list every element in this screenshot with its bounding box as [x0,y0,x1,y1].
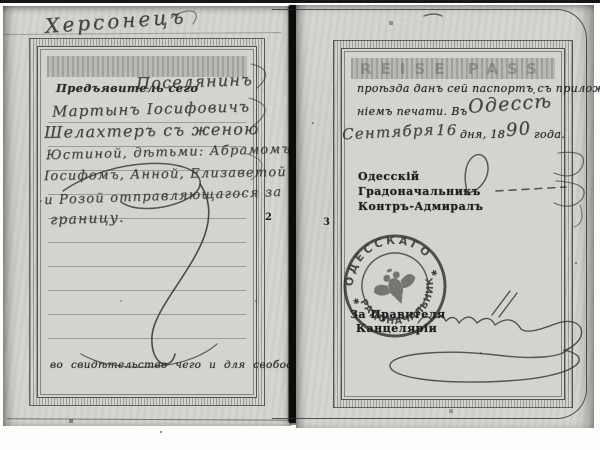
watermark-text: REISE PASS [351,60,555,78]
scan-top-edge [0,0,600,3]
scan-noise-specks [0,0,2,2]
handwritten-line: Іосифомъ, Анной, Елизаветой [44,165,287,184]
handwritten-city: Одессѣ [467,90,552,118]
passport-scan: Херсонецъ Предъявитель сего Поселянинъ М… [0,0,600,450]
official-title-line: Градоначальникъ [358,184,481,199]
printed-date-mid: дня, 18 [460,128,505,141]
eagle-emblem-icon [368,262,422,312]
handwritten-day: 16 [436,121,458,139]
page-number-left: 2 [265,212,272,223]
handwritten-month: Сентября [342,121,436,144]
passport-page-right: REISE PASS проѣзда данъ сей паспортъ съ … [296,5,594,428]
handwritten-line: границу. [50,210,125,229]
printed-line-2: ніемъ печати. Въ [357,105,468,118]
watermark-band: REISE PASS [351,58,555,79]
printed-line-1: проѣзда данъ сей паспортъ съ приложе- [357,82,600,95]
official-title-line: Контръ-Адмиралъ [358,199,483,214]
ornamental-frame-left: Предъявитель сего Поселянинъ Мартынъ Іос… [29,38,265,406]
handwritten-bearer-status: Поселянинъ [136,70,253,93]
official-title-line: Одесскій [358,169,420,184]
printed-footer-line: во свидѣтельство чего и для свободнаго [50,359,320,371]
handwritten-year: 90 [505,118,532,141]
frame-panel: Предъявитель сего Поселянинъ Мартынъ Іос… [37,46,257,398]
passport-page-left: Херсонецъ Предъявитель сего Поселянинъ М… [3,6,291,426]
printed-date-end: года. [534,128,565,141]
page-number-right: 3 [323,217,330,228]
handwritten-line: Шелахтеръ съ женою [44,119,260,142]
